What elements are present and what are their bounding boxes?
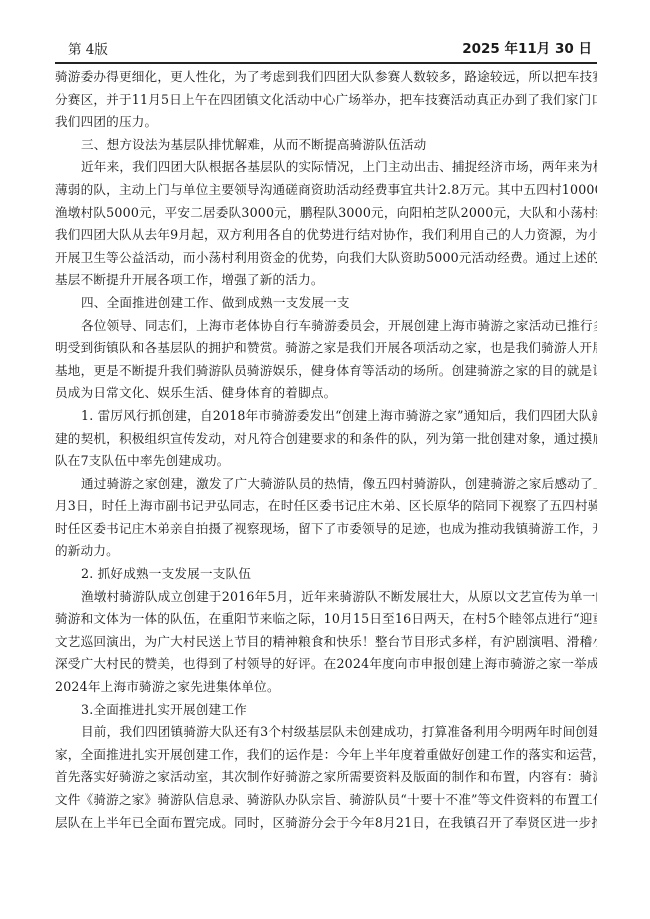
text-line: 员成为日常文化、娱乐生活、健身体育的着脚点。	[55, 382, 597, 405]
text-line: 基层不断提升开展各项工作，增强了新的活力。	[55, 269, 597, 292]
text-line: 的新动力。	[55, 540, 597, 563]
text-line: 家，全面推进扎实开展创建工作，我们的运作是：今年上半年度着重做好创建工作的落实和…	[55, 744, 597, 767]
text-line: 通过骑游之家创建，激发了广大骑游队员的热情，像五四村骑游队，创建骑游之家后感动了…	[55, 473, 597, 496]
issue-date: 2025 年11月 30 日	[462, 37, 592, 57]
text-line: 目前，我们四团镇骑游大队还有3个村级基层队未创建成功，打算准备利用今明两年时间创…	[55, 721, 597, 744]
text-line: 我们四团的压力。	[55, 111, 597, 134]
text-line: 骑游委办得更细化，更人性化，为了考虑到我们四团大队参赛人数较多，路途较远，所以把…	[55, 66, 597, 89]
text-line: 文件《骑游之家》骑游队信息录、骑游队办队宗旨、骑游队员“十要十不准”等文件资料的…	[55, 789, 597, 812]
text-line: 四、全面推进创建工作、做到成熟一支发展一支	[55, 292, 597, 315]
text-line: 基地，更是不断提升我们骑游队员骑游娱乐，健身体育等活动的场所。创建骑游之家的目的…	[55, 360, 597, 383]
page-header: 第 4版 2025 年11月 30 日	[55, 36, 597, 64]
text-line: 深受广大村民的赞美，也得到了村领导的好评。在2024年度向市申报创建上海市骑游之…	[55, 653, 597, 676]
text-line: 薄弱的队，主动上门与单位主要领导沟通磋商资助活动经费事宜共计2.8万元。其中五四…	[55, 179, 597, 202]
text-line: 3.全面推进扎实开展创建工作	[55, 699, 597, 722]
text-line: 三、想方设法为基层队排忧解难，从而不断提高骑游队伍活动	[55, 134, 597, 157]
text-line: 2024年上海市骑游之家先进集体单位。	[55, 676, 597, 699]
text-line: 层队在上半年已全面布置完成。同时，区骑游分会于今年8月21日，在我镇召开了奉贤区…	[55, 812, 597, 835]
text-line: 队在7支队伍中率先创建成功。	[55, 450, 597, 473]
text-line: 明受到街镇队和各基层队的拥护和赞赏。骑游之家是我们开展各项活动之家，也是我们骑游…	[55, 337, 597, 360]
text-line: 各位领导、同志们，上海市老体协自行车骑游委员会，开展创建上海市骑游之家活动已推行…	[55, 315, 597, 338]
edition-label: 第 4版	[68, 38, 108, 58]
text-line: 渔墩村骑游队成立创建于2016年5月，近年来骑游队不断发展壮大，从原以文艺宣传为…	[55, 586, 597, 609]
text-line: 开展卫生等公益活动，而小荡村利用资金的优势，向我们大队资助5000元活动经费。通…	[55, 247, 597, 270]
text-line: 2. 抓好成熟一支发展一支队伍	[55, 563, 597, 586]
article-body: 骑游委办得更细化，更人性化，为了考虑到我们四团大队参赛人数较多，路途较远，所以把…	[55, 66, 597, 834]
text-line: 文艺巡回演出，为广大村民送上节目的精神粮食和快乐！整台节目形式多样，有沪剧演唱、…	[55, 631, 597, 654]
text-line: 建的契机，积极组织宣传发动，对凡符合创建要求的和条件的队，列为第一批创建对象，通…	[55, 428, 597, 451]
text-line: 近年来，我们四团大队根据各基层队的实际情况，上门主动出击、捕捉经济市场，两年来为…	[55, 156, 597, 179]
text-line: 月3日，时任上海市副书记尹弘同志，在时任区委书记庄木弟、区长原华的陪同下视察了五…	[55, 495, 597, 518]
text-line: 首先落实好骑游之家活动室，其次制作好骑游之家所需要资料及版面的制作和布置，内容有…	[55, 766, 597, 789]
text-line: 1. 雷厉风行抓创建，自2018年市骑游委发出“创建上海市骑游之家”通知后，我们…	[55, 405, 597, 428]
text-line: 分赛区，并于11月5日上午在四团镇文化活动中心广场举办，把车技赛活动真正办到了我…	[55, 89, 597, 112]
text-line: 时任区委书记庄木弟亲自拍摄了视察现场，留下了市委领导的足迹，也成为推动我镇骑游工…	[55, 518, 597, 541]
text-line: 渔墩村队5000元，平安二居委队3000元，鹏程队3000元，向阳柏芝队2000…	[55, 202, 597, 225]
text-line: 我们四团大队从去年9月起，双方利用各自的优势进行结对协作，我们利用自己的人力资源…	[55, 224, 597, 247]
text-line: 骑游和文体为一体的队伍，在重阳节来临之际，10月15日至16日两天，在村5个睦邻…	[55, 608, 597, 631]
